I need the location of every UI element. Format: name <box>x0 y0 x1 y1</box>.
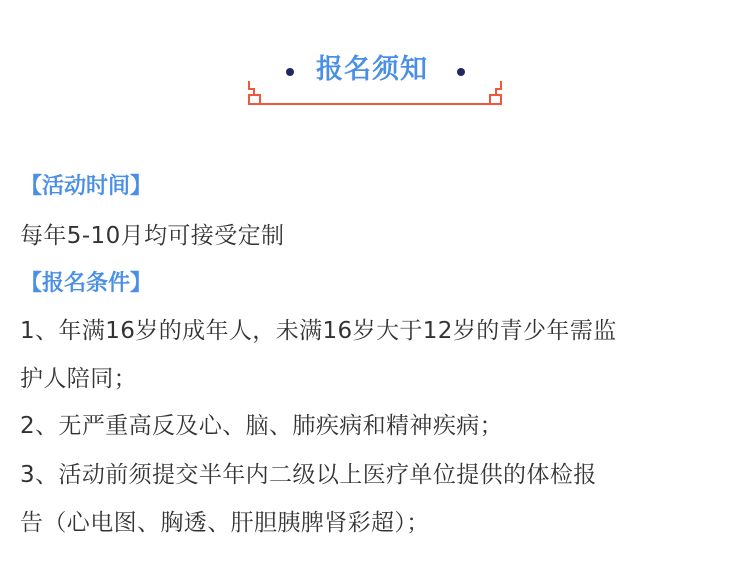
requirement-line-3: 3、活动前须提交半年内二级以上医疗单位提供的体检报 <box>20 460 597 490</box>
activity-time-text: 每年5-10月均可接受定制 <box>20 221 284 251</box>
section-activity-time-heading: 【活动时间】 <box>20 172 152 202</box>
requirement-line-3-cont: 告（心电图、胸透、肝胆胰脾肾彩超）； <box>20 508 430 538</box>
section-title: 报名须知 <box>316 54 428 86</box>
dot-left-icon <box>286 68 294 76</box>
section-requirements-heading: 【报名条件】 <box>20 269 152 299</box>
title-block: 报名须知 <box>246 48 504 108</box>
dot-right-icon <box>457 68 465 76</box>
requirement-line-1-cont: 护人陪同； <box>20 364 137 394</box>
requirement-line-1: 1、年满16岁的成年人，未满16岁大于12岁的青少年需监 <box>20 316 617 346</box>
requirement-line-2: 2、无严重高反及心、脑、肺疾病和精神疾病； <box>20 411 503 441</box>
